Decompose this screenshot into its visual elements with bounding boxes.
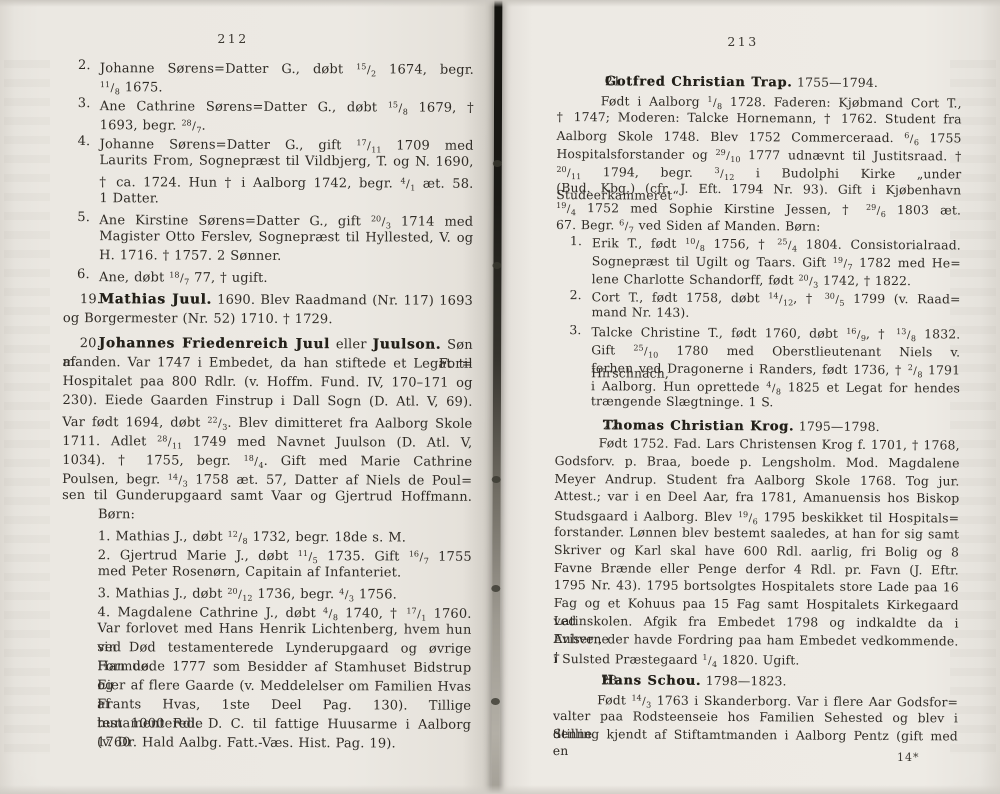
left-text-column: 2.Johanne Sørens=Datter G., døbt 15/2 16… — [61, 56, 474, 754]
list-item: 4. Magdalene Cathrine J., døbt 4/8 1740,… — [61, 600, 472, 754]
book-gutter-shadow — [483, 0, 510, 794]
text-line: 4.Johanne Sørens=Datter G., gift 17/11 1… — [100, 132, 474, 153]
date-fraction: 15/2 — [356, 62, 376, 77]
text-line: Stilling kjendt af Stiftamtmanden i Aalb… — [553, 725, 958, 745]
text-line: 1.Erik T., født 10/8 1756, † 25/4 1804. … — [592, 232, 961, 252]
list-item: 2. Gjertrud Marie J., døbt 11/5 1735. Gi… — [62, 543, 472, 583]
date-fraction: 28/11 — [157, 434, 182, 449]
item-number: 1. — [570, 232, 582, 250]
text-line: Var født 1694, døbt 22/3. Blev dimittere… — [62, 410, 472, 431]
date-fraction: 14/3 — [168, 472, 188, 487]
text-line: 5.Ane Kirstine Sørens=Datter G., gift 20… — [99, 208, 473, 229]
date-fraction: 17/1 — [406, 606, 426, 621]
page-number: 212 — [198, 31, 268, 46]
text-line: 1. Mathias J., døbt 12/8 1732, begr. 18d… — [98, 524, 472, 545]
text-line: i Aalborg. Hun oprettede 4/8 1825 et Leg… — [591, 375, 960, 395]
date-fraction: 20/3 — [798, 272, 818, 287]
text-line: 11/8 1675. — [100, 75, 474, 96]
date-fraction: 30/5 — [825, 290, 845, 305]
item-number: 2. — [98, 548, 111, 563]
text-line: Magister Otto Ferslev, Sognepræst til Hy… — [99, 227, 473, 248]
signature-mark: 14* — [897, 751, 920, 764]
item-number: 6. — [77, 265, 90, 284]
text-line: trængende Slægtninge. 1 S. — [591, 393, 960, 413]
date-fraction: 28/7 — [181, 119, 201, 134]
text-line: Var forlovet med Hans Henrik Lichtenberg… — [97, 619, 471, 640]
date-fraction: 2/8 — [908, 362, 923, 377]
item-number: 4. — [98, 605, 111, 620]
text-line: 2. Gjertrud Marie J., døbt 11/5 1735. Gi… — [98, 543, 472, 564]
bleed-through-left — [4, 60, 50, 754]
text-line: 3. Mathias J., døbt 20/12 1736, begr. 4/… — [98, 581, 472, 602]
stitch-thread — [491, 698, 500, 705]
entry-number: 20. — [44, 334, 101, 353]
list-item: 1.Erik T., født 10/8 1756, † 25/4 1804. … — [556, 232, 961, 288]
heading-detail: 1690. Blev Raadmand (Nr. 117) 1693 — [212, 293, 473, 309]
item-number: 3. — [569, 321, 581, 339]
date-fraction: 14/12 — [768, 290, 793, 305]
text-line: Han døde 1777 som Besidder af Stamhuset … — [97, 657, 471, 678]
person-name: Thomas Christian Krog. — [603, 418, 794, 434]
list-item: 1. Mathias J., døbt 12/8 1732, begr. 18d… — [62, 524, 472, 545]
text-line: sin Død testamenterede Lynderupgaard og … — [97, 638, 471, 659]
item-number: 5. — [77, 208, 90, 227]
text-line: 19.Mathias Juul. 1690. Blev Raadmand (Nr… — [63, 290, 473, 311]
date-fraction: 13/8 — [896, 326, 916, 341]
person-name: Mathias Juul. — [99, 291, 212, 307]
list-item: 4.Johanne Sørens=Datter G., gift 17/11 1… — [63, 132, 473, 210]
page-number: 213 — [708, 34, 778, 49]
item-number: 3. — [78, 94, 91, 113]
text-line: Laurits From, Sognepræst til Vildbjerg, … — [100, 151, 474, 172]
entry-heading: 19.Mathias Juul. 1690. Blev Raadmand (Nr… — [63, 290, 473, 311]
item-number: 2. — [570, 286, 582, 304]
stitch-thread — [492, 262, 501, 269]
date-fraction: 20/3 — [371, 214, 391, 229]
stitch-thread — [492, 476, 501, 483]
text-line: Eier af flere Gaarde (v. Meddelelser om … — [97, 676, 471, 697]
list-item: 6.Ane, døbt 18/7 77, † ugift. — [63, 265, 473, 286]
list-item: 3.Ane Cathrine Sørens=Datter G., døbt 15… — [64, 94, 474, 134]
date-fraction: 4/1 — [400, 176, 415, 191]
date-fraction: 6/7 — [619, 218, 634, 233]
text-line: forhen ved Dragonerne i Randers, født 17… — [591, 357, 960, 377]
person-name: Johannes Friedenreich Juul — [99, 335, 330, 352]
text-line: † ca. 1724. Hun † i Aalborg 1742, begr. … — [99, 170, 473, 191]
entry-number: 19. — [44, 290, 101, 309]
date-fraction: 6/6 — [904, 131, 919, 146]
text-line: 1693, begr. 28/7. — [100, 113, 474, 134]
book-scan: 212 213 2.Johanne Sørens=Datter G., døbt… — [0, 0, 1000, 794]
text-line: 6.Ane, døbt 18/7 77, † ugift. — [99, 265, 473, 286]
list-item: 3.Talcke Christine T., født 1760, døbt 1… — [555, 321, 961, 412]
stitch-thread — [493, 160, 502, 167]
entry-number: 22. — [555, 416, 623, 434]
date-fraction: 4/8 — [323, 606, 338, 621]
date-fraction: 20/12 — [227, 587, 252, 602]
text-line: lene Charlotte Schandorff, født 20/3 174… — [592, 268, 961, 288]
heading-detail: 1755—1794. — [792, 74, 878, 90]
date-fraction: 1/4 — [702, 651, 717, 666]
date-fraction: 4/8 — [766, 379, 781, 394]
text-line: 3.Talcke Christine T., født 1760, døbt 1… — [591, 321, 960, 341]
date-fraction: 12/8 — [228, 530, 248, 545]
text-line: hun 1000 Rdl. D. C. til fattige Huusarme… — [97, 714, 471, 735]
list-item: 5.Ane Kirstine Sørens=Datter G., gift 20… — [63, 208, 473, 267]
text-line: sen til Gunderupgaard samt Vaar og Gjert… — [62, 486, 472, 507]
entry-heading: 20.Johannes Friedenreich Juul eller Juul… — [63, 334, 473, 355]
text-line: og Borgermester (Nr. 52) 1710. † 1729. — [63, 309, 473, 330]
person-name: Juulson. — [373, 336, 442, 352]
date-fraction: 25/4 — [777, 237, 797, 252]
text-line: i Sulsted Præstegaard 1/4 1820. Ugift. — [553, 647, 958, 667]
stitch-thread — [491, 585, 500, 592]
text-line: 3.Ane Cathrine Sørens=Datter G., døbt 15… — [100, 94, 474, 115]
text-line: med Peter Rosenørn, Capitain af Infanter… — [98, 562, 472, 583]
text-line: 230). Eiede Gaarden Finstrup i Dall Sogn… — [62, 391, 472, 412]
right-text-column: 21.Gotfred Christian Trap. 1755—1794.Fød… — [553, 66, 962, 745]
heading-detail: 1795—1798. — [794, 419, 880, 435]
date-fraction: 16/7 — [409, 550, 429, 565]
date-fraction: 29/10 — [715, 147, 740, 162]
text-line: Frants Hvas, 1ste Deel Pag. 130). Tillig… — [97, 695, 471, 716]
date-fraction: 25/10 — [633, 342, 658, 357]
date-fraction: 16/9 — [846, 326, 866, 341]
heading-detail: 1798—1823. — [701, 673, 787, 689]
date-fraction: 11/8 — [100, 80, 120, 95]
text-line: (v. Dr. Hald Aalbg. Fatt.-Væs. Hist. Pag… — [97, 733, 471, 754]
text-line: manden. Var 1747 i Embedet, da han stift… — [63, 353, 473, 374]
text-line: 1034). † 1755, begr. 18/4. Gift med Mari… — [62, 448, 472, 469]
date-fraction: 22/3 — [207, 416, 227, 431]
item-number: 2. — [78, 56, 91, 75]
date-fraction: 18/4 — [244, 454, 264, 469]
text-line: H. 1716. † 1757. 2 Sønner. — [99, 246, 473, 267]
list-item: 2.Johanne Sørens=Datter G., døbt 15/2 16… — [64, 56, 474, 96]
item-number: 4. — [78, 132, 91, 151]
date-fraction: 19/7 — [833, 255, 853, 270]
date-fraction: 19/4 — [556, 200, 576, 215]
born-label: Børn: — [62, 505, 472, 526]
date-fraction: 4/3 — [339, 587, 354, 602]
date-fraction: 11/5 — [298, 549, 318, 564]
entry-number: 23. — [553, 671, 621, 689]
text-line: 1 Datter. — [99, 189, 473, 210]
text-line: 2.Cort T., født 1758, døbt 14/12, † 30/5… — [592, 286, 961, 306]
text-line: Gift 25/10 1780 med Oberstlieutenant Nie… — [591, 339, 960, 359]
date-fraction: 17/11 — [356, 138, 381, 153]
date-fraction: 3/12 — [715, 165, 735, 180]
date-fraction: 14/3 — [631, 693, 651, 708]
date-fraction: 10/8 — [685, 236, 705, 251]
date-fraction: 29/6 — [866, 201, 886, 216]
date-fraction: 18/7 — [169, 270, 189, 285]
person-name: Gotfred Christian Trap. — [605, 74, 793, 90]
item-number: 1. — [98, 529, 111, 544]
date-fraction: 1/8 — [707, 94, 722, 109]
date-fraction: 20/11 — [556, 164, 581, 179]
item-number: 3. — [98, 586, 111, 601]
list-item: 3. Mathias J., døbt 20/12 1736, begr. 4/… — [62, 581, 472, 602]
list-item: 2.Cort T., født 1758, døbt 14/12, † 30/5… — [555, 286, 960, 324]
entry-number: 21. — [557, 72, 625, 90]
text-line: Poulsen, begr. 14/3 1758 æt. 57, Datter … — [62, 467, 472, 488]
text-line: Hospitalet paa 800 Rdlr. (v. Hoffm. Fund… — [63, 372, 473, 393]
date-fraction: 15/8 — [388, 100, 408, 115]
text-line: Sognepræst til Ugilt og Taars. Gift 19/7… — [592, 250, 961, 270]
text-line: 4. Magdalene Cathrine J., døbt 4/8 1740,… — [98, 600, 472, 621]
text-line: 1711. Adlet 28/11 1749 med Navnet Juulso… — [62, 429, 472, 450]
text-line: 2.Johanne Sørens=Datter G., døbt 15/2 16… — [100, 56, 474, 77]
text-line: 20.Johannes Friedenreich Juul eller Juul… — [63, 334, 473, 355]
date-fraction: 19/6 — [738, 509, 758, 524]
text-line: mand Nr. 143). — [591, 304, 960, 324]
heading-detail: eller — [330, 337, 373, 352]
